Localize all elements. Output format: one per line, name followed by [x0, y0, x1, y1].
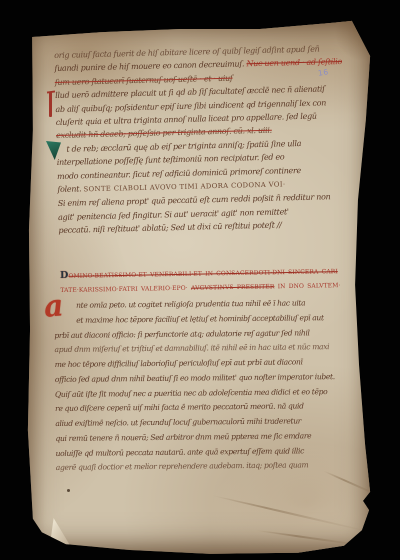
text-segment: qui remū tenere ñ nouerā; Sed arbitror d…: [55, 431, 311, 443]
augustine-letter-block: nte omīa peto. ut cogitet religioſa prud…: [54, 296, 356, 476]
photo-canvas: a 16 orig cuiuſ facta fuerit de hiſ abit…: [0, 0, 400, 560]
text-segment: Quiſ aūt iſte ſit moduſ nec a pueritia n…: [55, 387, 327, 399]
text-line: apud dnm miſeriuſ et triſtiuſ et damnabi…: [54, 340, 354, 358]
text-segment: apud dnm miſeriuſ et triſtiuſ et damnabi…: [54, 342, 329, 354]
text-line: agerē quaſi doctior et melior reprehende…: [56, 458, 356, 476]
upper-canon-text-block: orig cuiuſ facta fuerit de hiſ abitare l…: [54, 42, 353, 238]
text-segment: TATE·KARISSIMO·FATRI VALERIO·EPO·: [60, 285, 191, 294]
text-segment: agerē quaſi doctior et melior reprehende…: [56, 461, 309, 473]
text-segment: ſolent.: [57, 184, 83, 194]
text-segment: aliud exiſtimē neſcio. ut ſecunduſ locuſ…: [55, 416, 301, 428]
text-segment: officio ſed apud dnm nihil beatiuſ ſi eo…: [55, 372, 335, 384]
text-segment: uoluiſſe qd multorū peccata nautarū. ant…: [56, 446, 304, 458]
rubricated-initial-I-icon: [49, 92, 52, 117]
text-segment: IN DNO SALVTEM·: [274, 282, 340, 290]
text-segment: prbī aut diaconi officio: ſi perfunctori…: [54, 328, 309, 340]
text-segment: me hoc tēpore difficiliuſ laborioſiuſ pe…: [55, 357, 303, 369]
text-segment: et maxime hoc tēpore faciliuſ et lętiuſ …: [76, 313, 324, 325]
text-line: qui remū tenere ñ nouerā; Sed arbitror d…: [55, 429, 355, 447]
text-segment: re quo diſcere ceperā uiſ mihi facta ē m…: [55, 402, 304, 414]
text-segment: OMINO·BEATISSIMO·ET VENERABILI·ET IN CON…: [68, 268, 337, 280]
rubric-heading-block: DOMINO·BEATISSIMO·ET VENERABILI·ET IN CO…: [60, 264, 352, 298]
text-segment: SONTE CIABOLI AVOVO TIMI ADORA CODONA VO…: [83, 180, 285, 193]
text-segment: AVGVSTINVS PRESBITER: [191, 283, 275, 291]
text-segment: Nuc uen uend · ad ſeſtilio: [246, 57, 342, 68]
ink-speck: [67, 489, 70, 492]
text-segment: nte omīa peto. ut cogitet religioſa prud…: [76, 298, 305, 309]
